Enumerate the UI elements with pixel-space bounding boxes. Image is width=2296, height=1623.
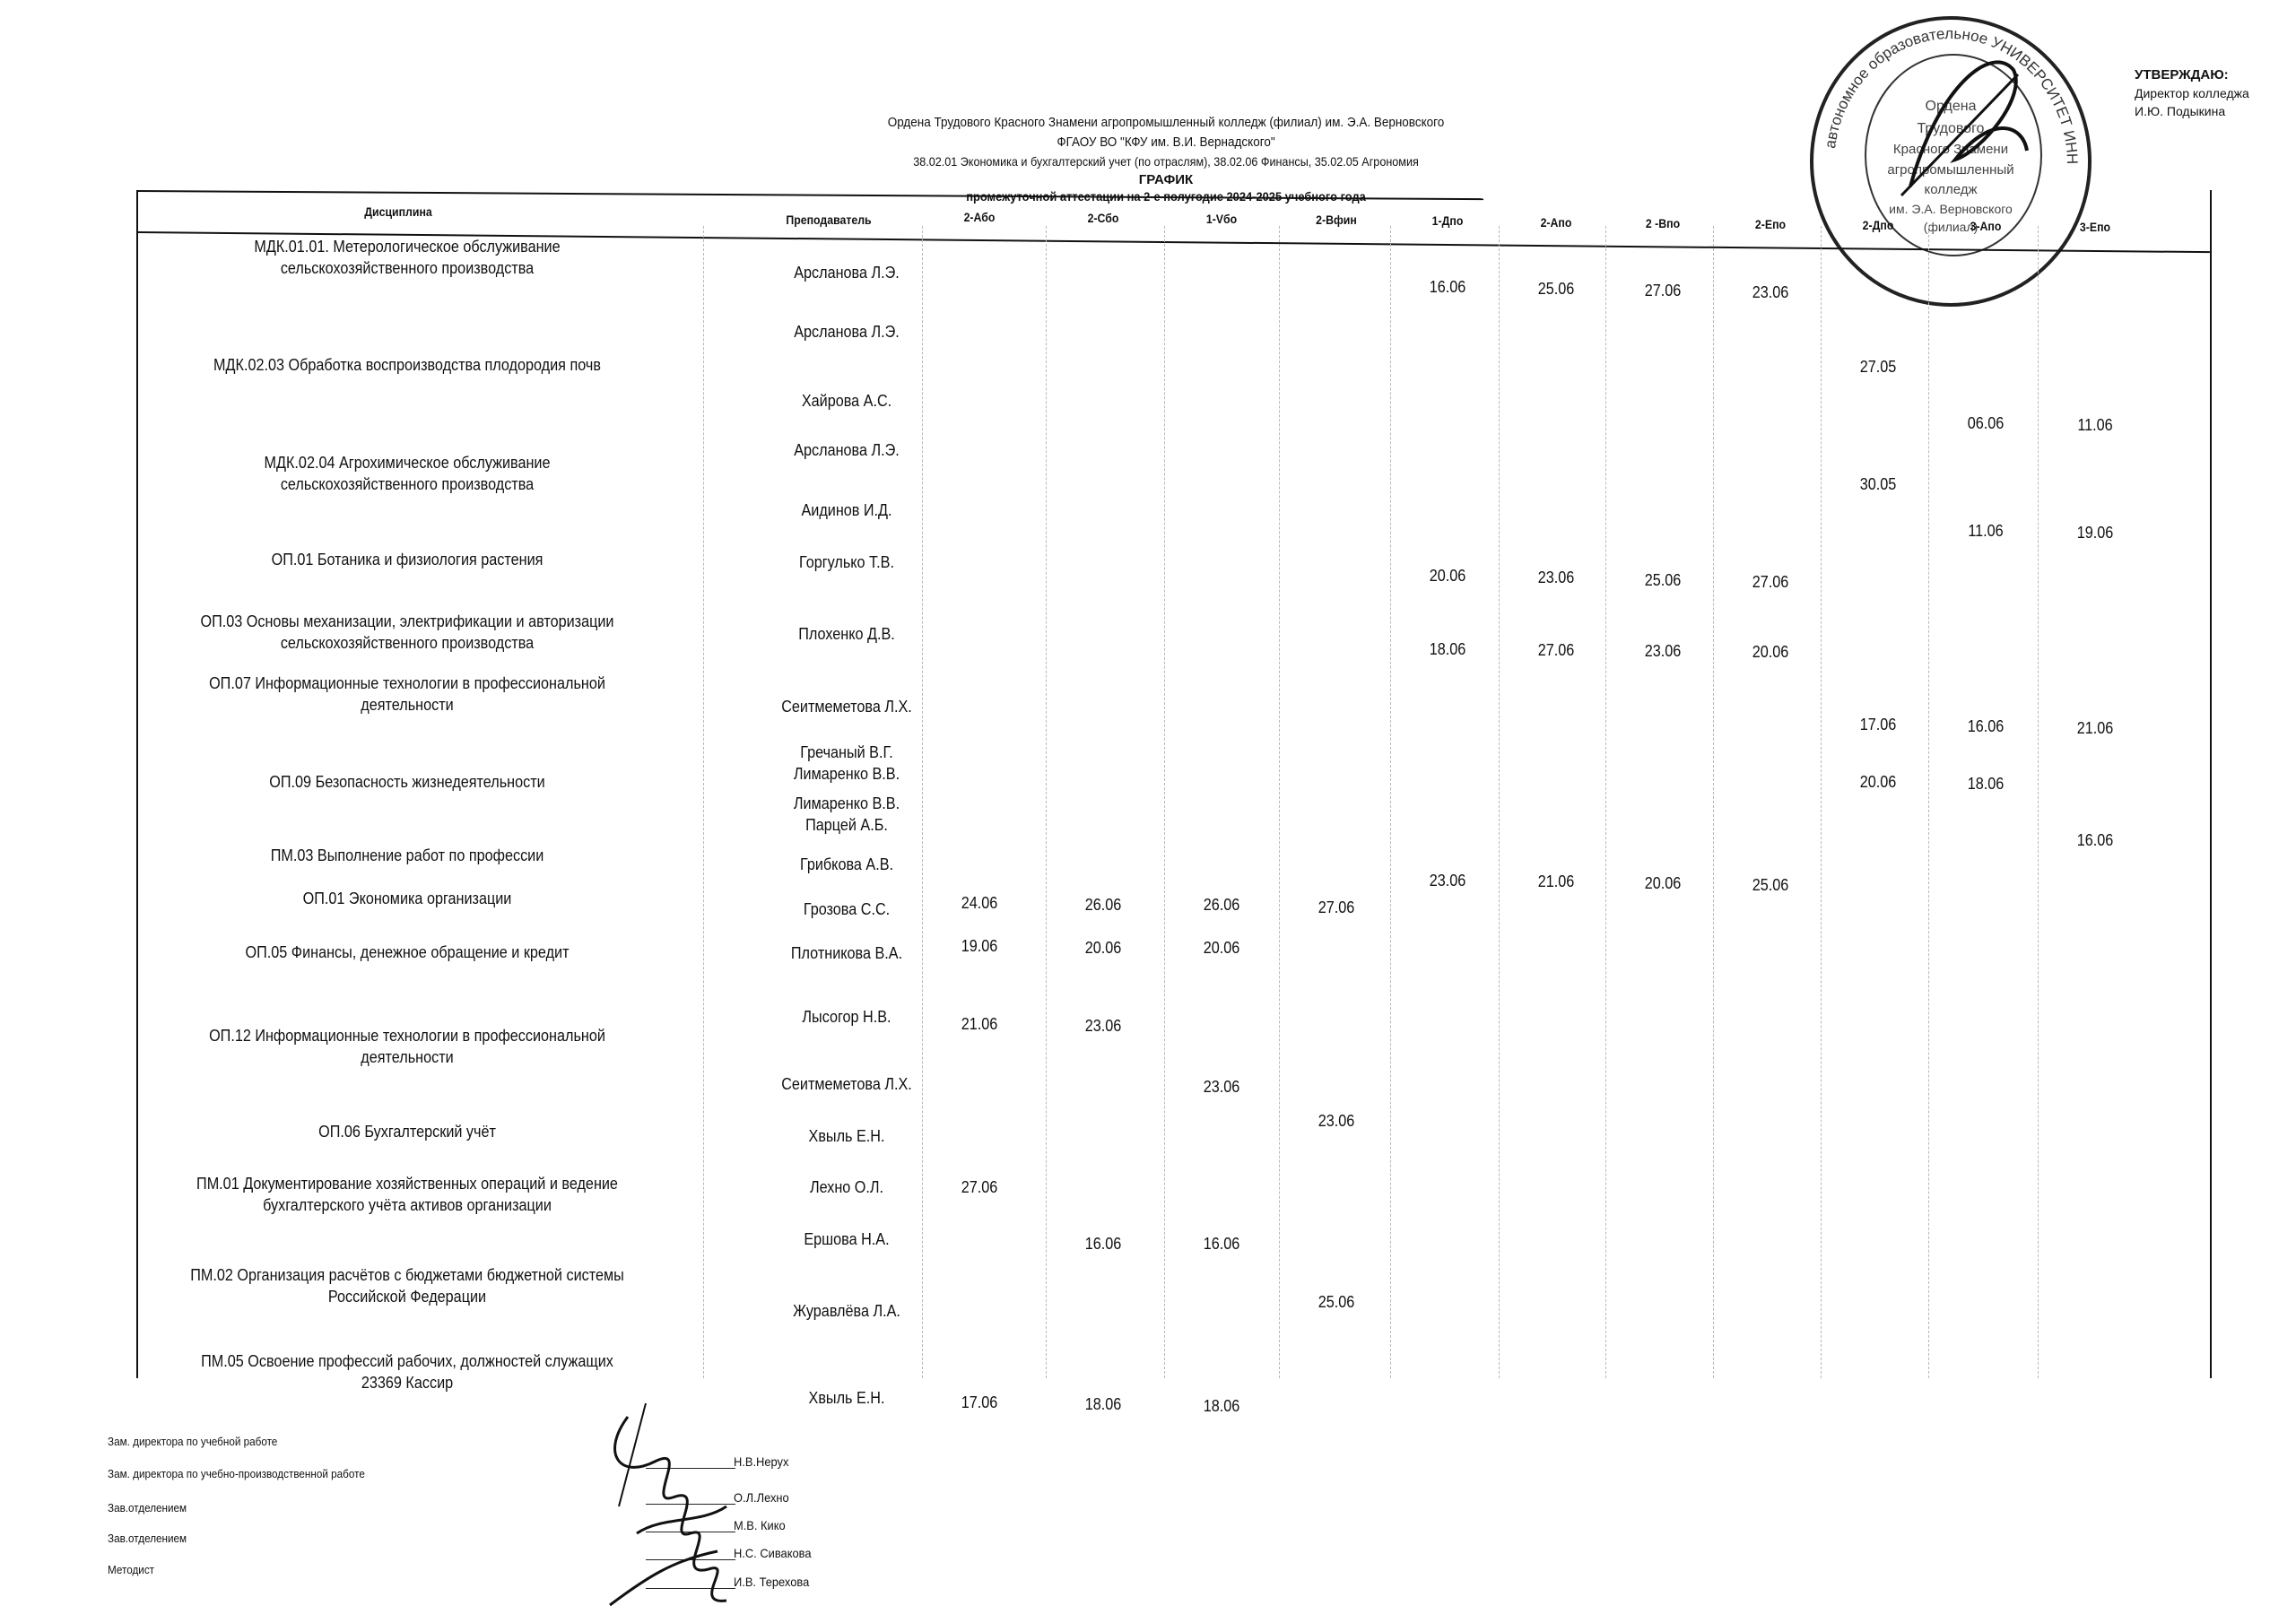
column-header-group: 2-Сбо [1060,211,1147,225]
signatory-role: Зам. директора по учебной работе [108,1435,277,1448]
discipline-cell: ПМ.01 Документирование хозяйственных опе… [165,1173,649,1216]
svg-text:Трудового: Трудового [1918,121,1985,136]
exam-date-cell: 30.05 [1834,473,1923,495]
column-header-group: 2-Або [936,210,1023,224]
column-header-group: 2 -Впо [1620,216,1707,230]
exam-date-cell: 24.06 [935,892,1024,914]
column-divider [703,226,704,1378]
teacher-cell: Арсланова Л.Э. [717,321,976,343]
column-header-group: 3-Епо [2052,220,2139,234]
column-divider [1821,226,1822,1378]
teacher-cell: Хвыль Е.Н. [717,1125,976,1147]
column-divider [1164,226,1165,1378]
discipline-cell: ПМ.03 Выполнение работ по профессии [165,845,649,866]
approval-block: УТВЕРЖДАЮ: Директор колледжа И.Ю. Подыки… [2135,66,2249,120]
exam-date-cell: 25.06 [1726,874,1815,896]
signatory-role: Зам. директора по учебно-производственно… [108,1467,365,1480]
column-header-group: 2-Апо [1513,215,1600,230]
column-divider [1605,226,1606,1378]
discipline-cell: ПМ.05 Освоение профессий рабочих, должно… [165,1350,649,1393]
exam-date-cell: 26.06 [1178,894,1266,916]
teacher-cell: Арсланова Л.Э. [717,439,976,461]
exam-date-cell: 18.06 [1942,773,2031,794]
teacher-cell: Хайрова А.С. [717,390,976,412]
discipline-cell: ОП.07 Информационные технологии в профес… [165,673,649,716]
exam-date-cell: 23.06 [1404,870,1492,891]
exam-date-cell: 25.06 [1512,278,1601,299]
exam-date-cell: 27.06 [1512,639,1601,661]
exam-date-cell: 20.06 [1404,565,1492,586]
exam-date-cell: 23.06 [1726,282,1815,303]
exam-date-cell: 18.06 [1178,1395,1266,1417]
exam-date-cell: 20.06 [1834,771,1923,793]
exam-date-cell: 20.06 [1059,937,1148,959]
column-divider [1713,226,1714,1378]
column-header-group: 2-Вфин [1293,213,1380,227]
exam-date-cell: 19.06 [2051,522,2140,543]
column-header-group: 3-Апо [1943,219,2030,233]
discipline-cell: ОП.01 Ботаника и физиология растения [165,549,649,570]
exam-date-cell: 21.06 [1512,871,1601,892]
exam-date-cell: 06.06 [1942,412,2031,434]
teacher-cell: Ершова Н.А. [717,1228,976,1250]
exam-date-cell: 16.06 [1942,716,2031,737]
exam-date-cell: 20.06 [1619,872,1708,894]
exam-date-cell: 16.06 [1178,1233,1266,1254]
signature-scribbles-icon [592,1399,771,1614]
exam-date-cell: 27.06 [935,1176,1024,1198]
exam-date-cell: 23.06 [1619,640,1708,662]
exam-date-cell: 26.06 [1059,894,1148,916]
column-divider [1279,226,1280,1378]
exam-date-cell: 20.06 [1178,937,1266,959]
exam-date-cell: 23.06 [1292,1110,1381,1132]
teacher-cell: Аидинов И.Д. [717,499,976,521]
discipline-cell: ОП.09 Безопасность жизнедеятельности [165,771,649,793]
teacher-cell: Горгулько Т.В. [717,551,976,573]
column-header-discipline: Дисциплина [280,204,517,219]
teacher-cell: Сеитмеметова Л.Х. [717,1073,976,1095]
teacher-cell: Арсланова Л.Э. [717,262,976,283]
exam-date-cell: 25.06 [1292,1291,1381,1313]
signatory-role: Методист [108,1563,154,1576]
teacher-cell: Сеитмеметова Л.Х. [717,696,976,717]
discipline-cell: ОП.12 Информационные технологии в профес… [165,1025,649,1068]
exam-date-cell: 18.06 [1059,1393,1148,1415]
exam-date-cell: 23.06 [1512,567,1601,588]
column-header-group: 1-Vбо [1178,212,1265,226]
signatory-role: Зав.отделением [108,1501,187,1515]
exam-date-cell: 11.06 [1942,520,2031,542]
discipline-cell: МДК.01.01. Метерологическое обслуживание… [165,236,649,279]
signatory-role: Зав.отделением [108,1532,187,1545]
discipline-cell: МДК.02.04 Агрохимическое обслуживание се… [165,452,649,495]
column-header-group: 2-Епо [1727,217,1814,231]
exam-date-cell: 27.06 [1619,280,1708,301]
exam-date-cell: 16.06 [1404,276,1492,298]
discipline-cell: ОП.01 Экономика организации [165,888,649,909]
exam-date-cell: 16.06 [1059,1233,1148,1254]
approval-title: УТВЕРЖДАЮ: [2135,66,2249,84]
exam-date-cell: 18.06 [1404,638,1492,660]
university-name: ФГАОУ ВО "КФУ им. В.И. Вернадского" [843,135,1489,150]
approval-position: Директор колледжа [2135,84,2249,102]
specialties-line: 38.02.01 Экономика и бухгалтерский учет … [827,154,1505,169]
svg-text:Ордена: Ордена [1926,99,1977,114]
teacher-cell: Журавлёва Л.А. [717,1300,976,1322]
exam-date-cell: 23.06 [1059,1015,1148,1037]
column-divider [1499,226,1500,1378]
discipline-cell: МДК.02.03 Обработка воспроизводства плод… [165,354,649,376]
column-header-group: 2-Дпо [1835,218,1922,232]
document-title: ГРАФИК [807,172,1525,187]
column-header-group: 1-Дпо [1405,213,1492,228]
column-divider [1928,226,1929,1378]
exam-date-cell: 16.06 [2051,829,2140,851]
schedule-table: Дисциплина Преподаватель 2-Або2-Сбо1-Vбо… [136,190,2212,1378]
exam-date-cell: 25.06 [1619,569,1708,591]
column-divider [1046,226,1047,1378]
svg-text:агропромышленный: агропромышленный [1887,162,2013,178]
exam-date-cell: 21.06 [2051,717,2140,739]
exam-date-cell: 17.06 [935,1392,1024,1413]
teacher-cell: Плохенко Д.В. [717,623,976,645]
teacher-cell: Лимаренко В.В. Парцей А.Б. [717,793,976,836]
exam-date-cell: 11.06 [2051,414,2140,436]
discipline-cell: ОП.03 Основы механизации, электрификации… [165,611,649,654]
discipline-cell: ПМ.02 Организация расчётов с бюджетами б… [165,1264,649,1307]
column-divider [1390,226,1391,1378]
teacher-cell: Гречаный В.Г. Лимаренко В.В. [717,742,976,785]
exam-date-cell: 19.06 [935,935,1024,957]
approval-name: И.Ю. Подыкина [2135,102,2249,120]
exam-date-cell: 27.05 [1834,356,1923,378]
discipline-cell: ОП.05 Финансы, денежное обращение и кред… [165,942,649,963]
exam-date-cell: 23.06 [1178,1076,1266,1098]
exam-date-cell: 21.06 [935,1013,1024,1035]
exam-date-cell: 27.06 [1292,897,1381,918]
institution-name: Ордена Трудового Красного Знамени агропр… [843,115,1489,130]
exam-date-cell: 20.06 [1726,641,1815,663]
exam-date-cell: 17.06 [1834,714,1923,735]
column-divider [2038,226,2039,1378]
column-header-teacher: Преподаватель [710,213,947,227]
teacher-cell: Грибкова А.В. [717,854,976,875]
exam-date-cell: 27.06 [1726,571,1815,593]
discipline-cell: ОП.06 Бухгалтерский учёт [165,1121,649,1142]
